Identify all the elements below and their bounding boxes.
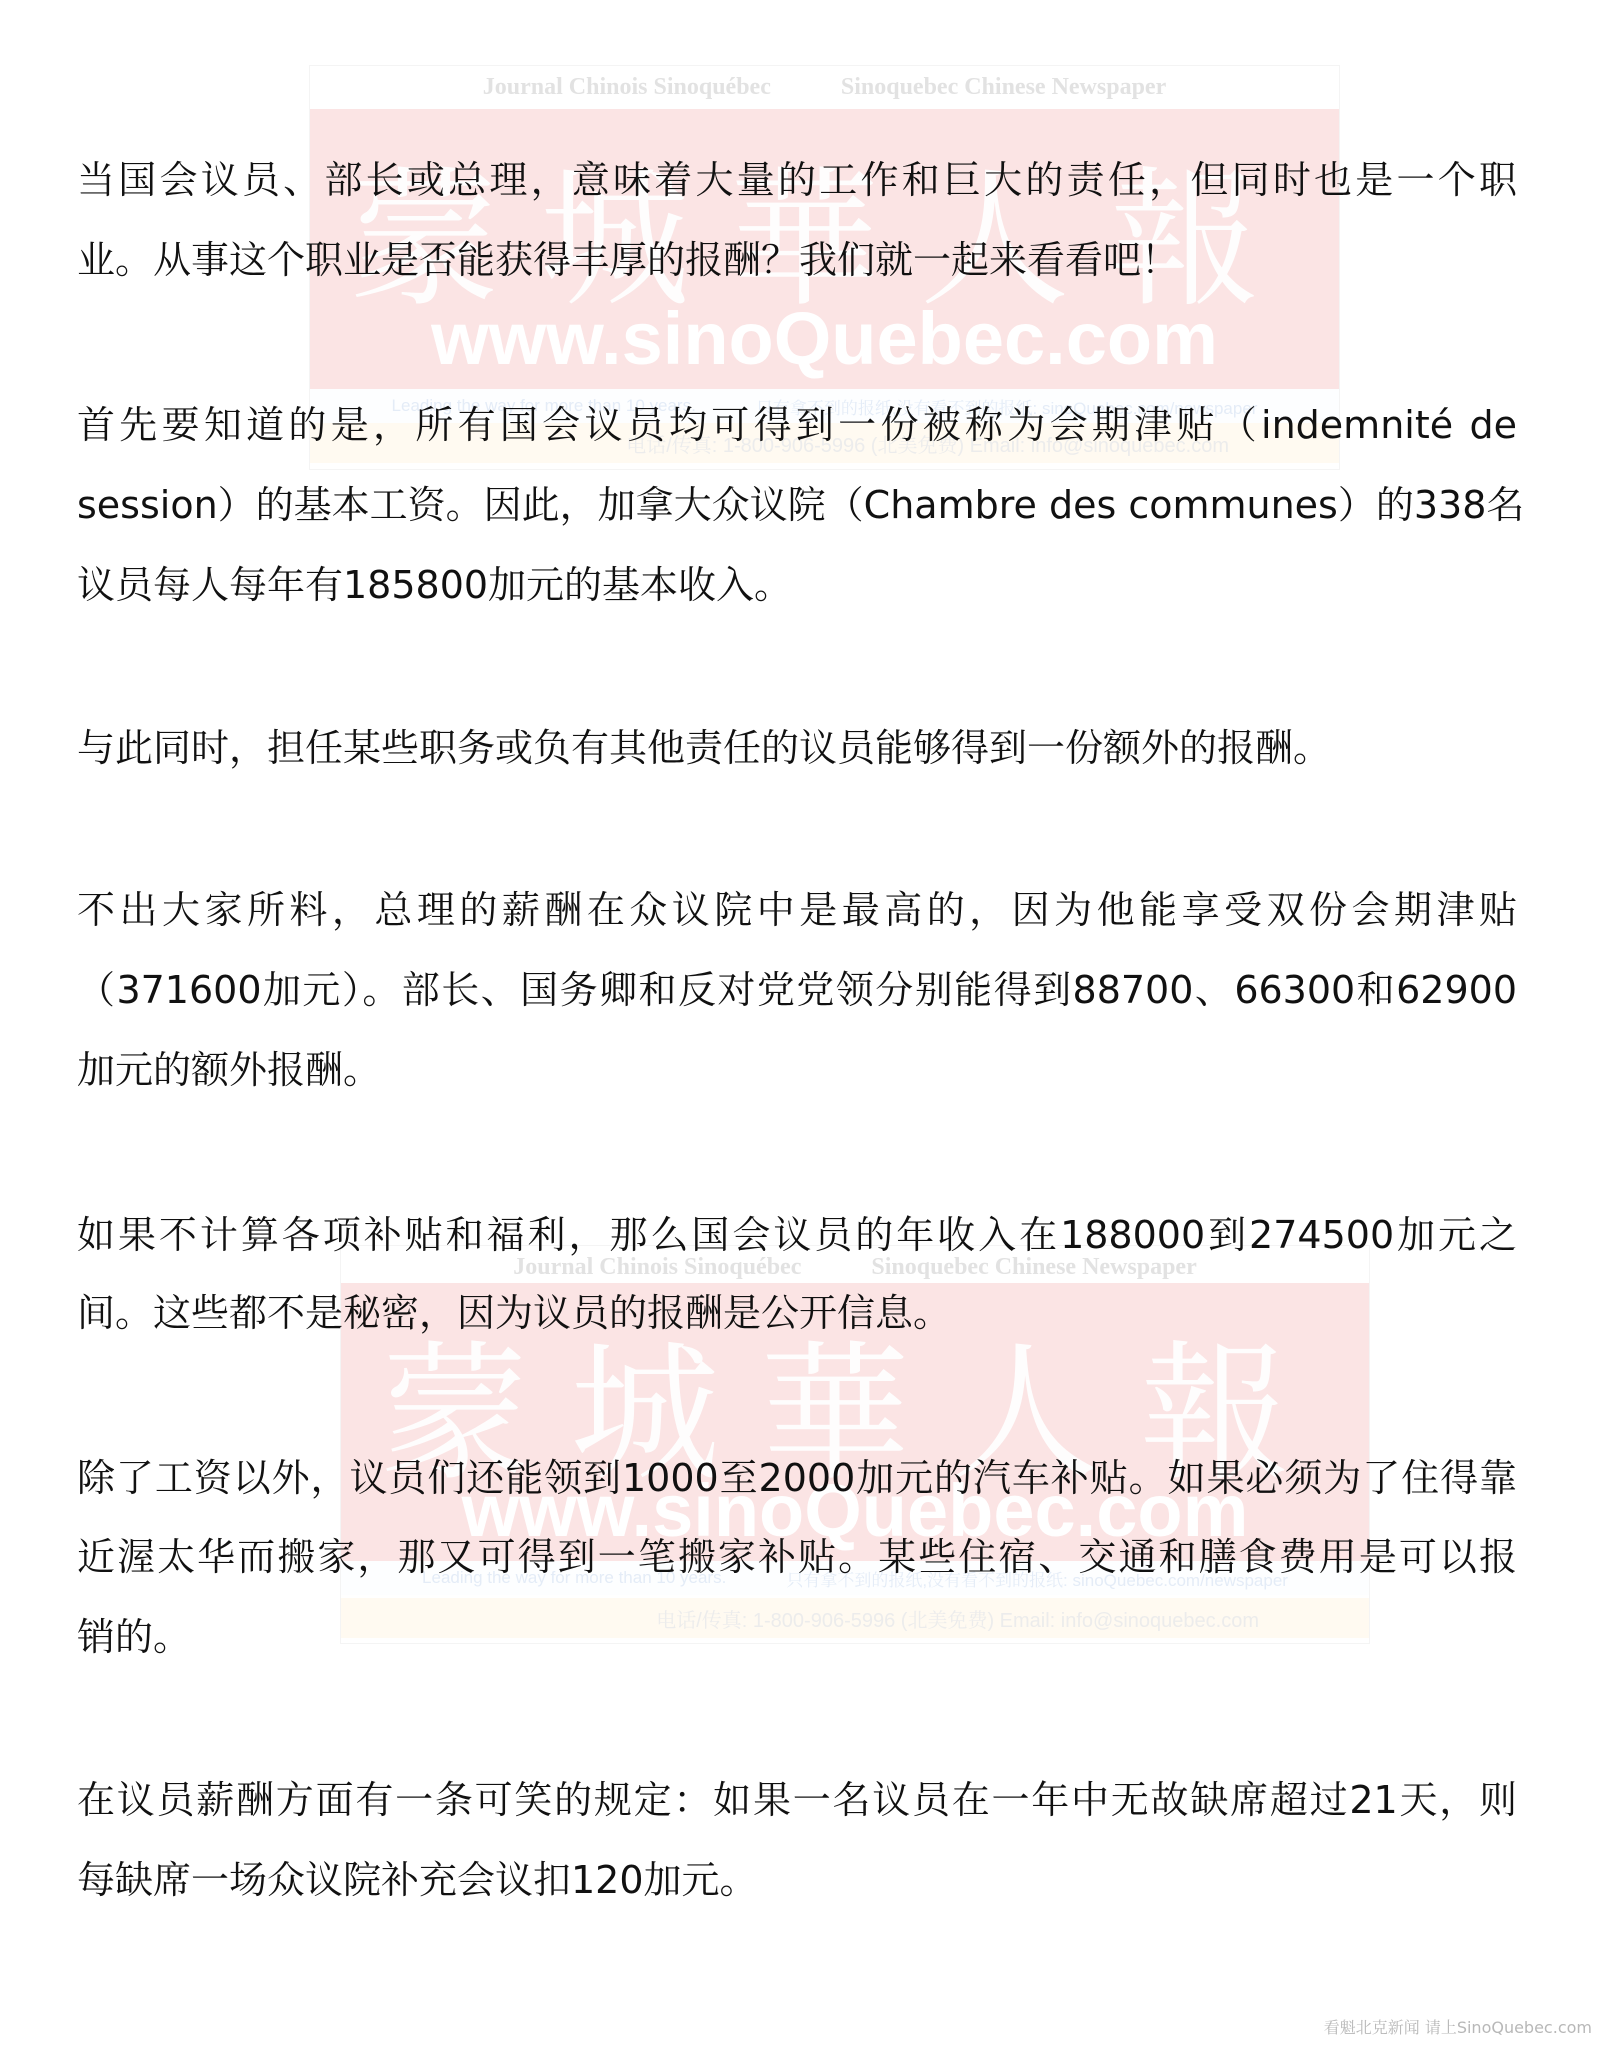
watermark-url: www.sinoQuebec.com — [310, 296, 1339, 381]
paragraph-6-line-2: 近渥太华而搬家，那又可得到一笔搬家补贴。某些住宿、交通和膳食费用是可以报 — [77, 1517, 1517, 1597]
paragraph-6-line-1: 除了工资以外，议员们还能领到1000至2000加元的汽车补贴。如果必须为了住得靠 — [77, 1438, 1517, 1518]
watermark-header-right: Sinoquebec Chinese Newspaper — [841, 74, 1166, 101]
paragraph-5-line-1: 如果不计算各项补贴和福利，那么国会议员的年收入在188000到274500加元之 — [77, 1195, 1517, 1275]
paragraph-5-line-2: 间。这些都不是秘密，因为议员的报酬是公开信息。 — [77, 1273, 1517, 1353]
paragraph-6-line-3: 销的。 — [77, 1597, 1517, 1677]
paragraph-4-line-1: 不出大家所料，总理的薪酬在众议院中是最高的，因为他能享受双份会期津贴 — [77, 870, 1517, 950]
paragraph-7-line-1: 在议员薪酬方面有一条可笑的规定：如果一名议员在一年中无故缺席超过21天，则 — [77, 1760, 1517, 1840]
watermark-header-left: Journal Chinois Sinoquébec — [483, 74, 771, 101]
paragraph-4-line-3: 加元的额外报酬。 — [77, 1030, 1517, 1110]
paragraph-2-line-2: session）的基本工资。因此，加拿大众议院（Chambre des comm… — [77, 465, 1517, 545]
footer-credit: 看魁北克新闻 请上SinoQuebec.com — [1324, 2015, 1592, 2038]
paragraph-7-line-2: 每缺席一场众议院补充会议扣120加元。 — [77, 1840, 1517, 1920]
paragraph-1-line-1: 当国会议员、部长或总理，意味着大量的工作和巨大的责任，但同时也是一个职 — [77, 140, 1517, 220]
paragraph-2-line-3: 议员每人每年有185800加元的基本收入。 — [77, 545, 1517, 625]
paragraph-4-line-2: （371600加元）。部长、国务卿和反对党党领分别能得到88700、66300和… — [77, 950, 1517, 1030]
watermark-header: Journal Chinois Sinoquébec Sinoquebec Ch… — [310, 66, 1339, 108]
paragraph-2-line-1: 首先要知道的是，所有国会议员均可得到一份被称为会期津贴（indemnité de — [77, 385, 1517, 465]
paragraph-1-line-2: 业。从事这个职业是否能获得丰厚的报酬？我们就一起来看看吧！ — [77, 220, 1517, 300]
paragraph-3-line-1: 与此同时，担任某些职务或负有其他责任的议员能够得到一份额外的报酬。 — [77, 708, 1517, 788]
